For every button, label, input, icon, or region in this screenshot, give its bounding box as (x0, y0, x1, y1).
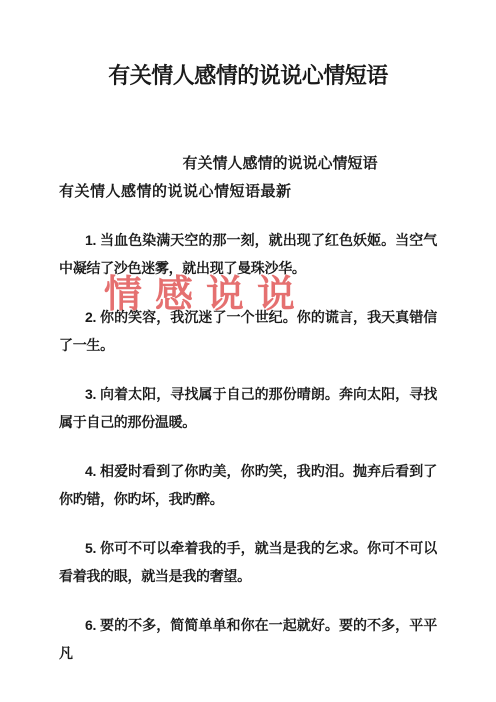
quote-paragraph-5: 5. 你可不可以牵着我的手，就当是我的乞求。你可不可以看着我的眼，就当是我的奢望… (59, 535, 437, 590)
quote-paragraph-4: 4. 相爱时看到了你旳美，你旳笑，我旳泪。抛弃后看到了你旳错，你旳坏，我旳醉。 (59, 458, 437, 513)
document-title: 有关情人感情的说说心情短语 (59, 0, 437, 91)
quote-paragraph-3: 3. 向着太阳，寻找属于自己的那份晴朗。奔向太阳，寻找属于自己的那份温暖。 (59, 381, 437, 436)
section-heading: 有关情人感情的说说心情短语最新 (59, 182, 437, 202)
document-page: 情感说说 有关情人感情的说说心情短语 有关情人感情的说说心情短语 有关情人感情的… (0, 0, 496, 702)
quote-paragraph-2: 2. 你的笑容，我沉迷了一个世纪。你的谎言，我天真错信了一生。 (59, 304, 437, 359)
quote-paragraph-1: 1. 当血色染满天空的那一刻，就出现了红色妖姬。当空气中凝结了沙色迷雾，就出现了… (59, 227, 437, 282)
document-content: 有关情人感情的说说心情短语 有关情人感情的说说心情短语 有关情人感情的说说心情短… (0, 0, 496, 667)
document-subtitle: 有关情人感情的说说心情短语 (59, 154, 437, 174)
quote-paragraph-6: 6. 要的不多，简简单单和你在一起就好。要的不多，平平凡 (59, 612, 437, 667)
